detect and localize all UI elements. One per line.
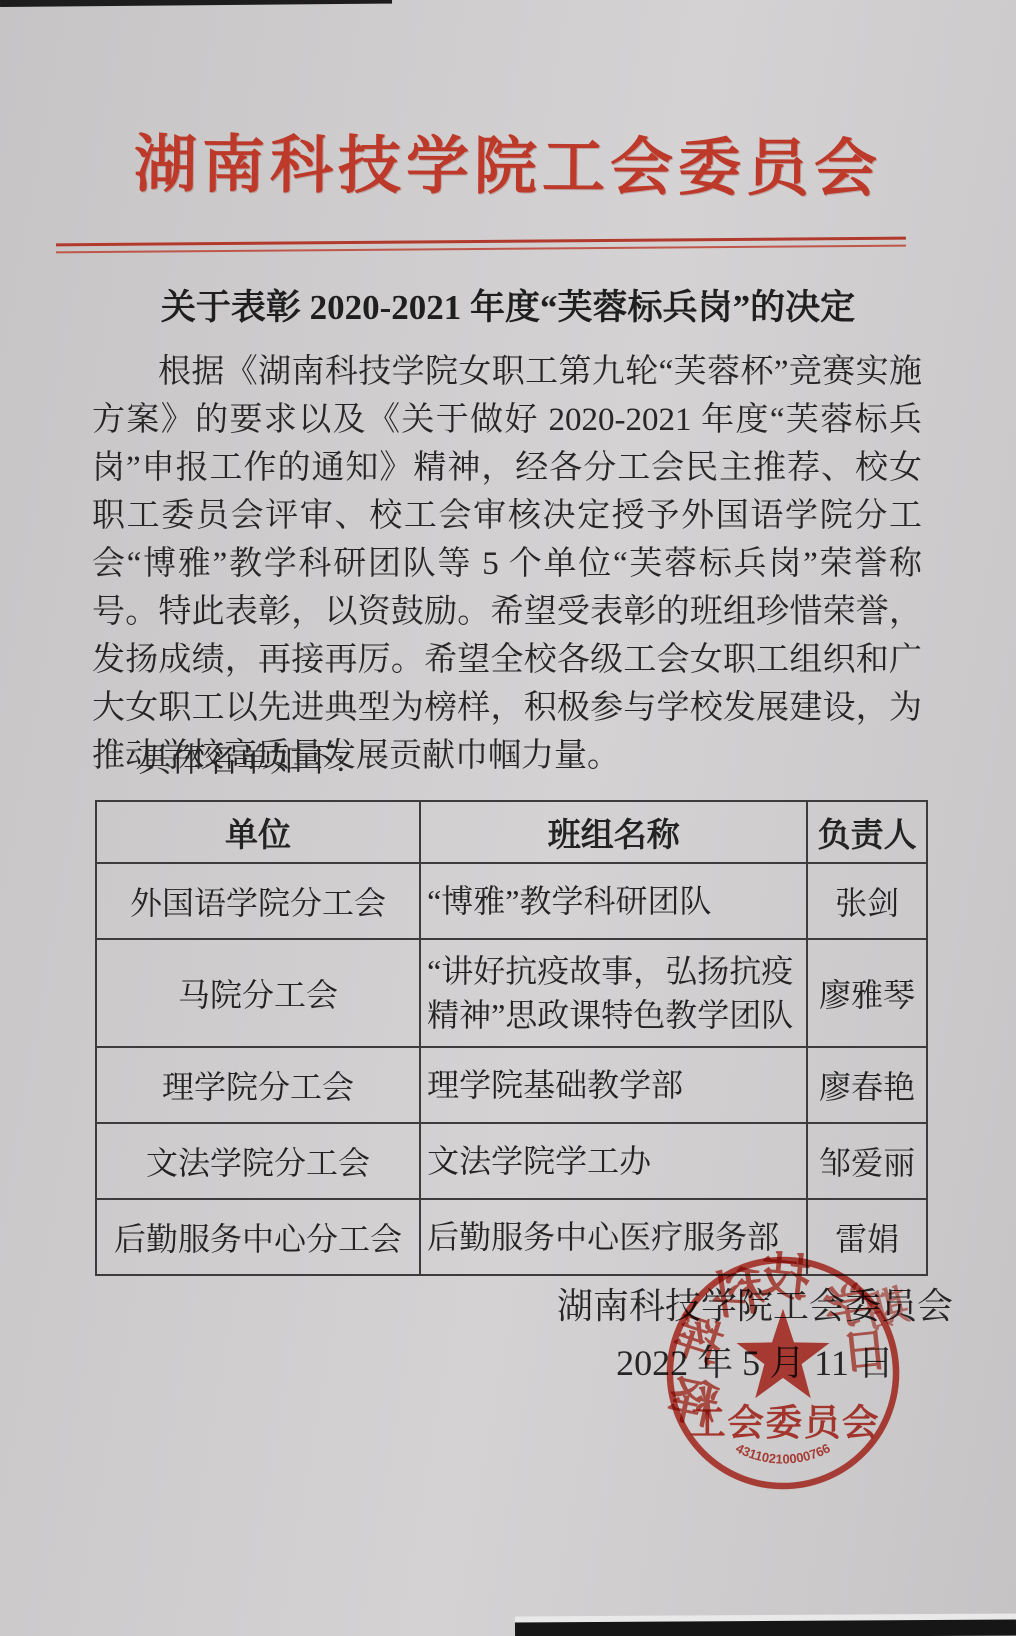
stamp-bleedthrough-char: 释 — [663, 1373, 722, 1432]
header-unit: 单位 — [96, 801, 420, 863]
cell-leader: 邹爱丽 — [807, 1123, 927, 1199]
list-intro: 具体名单如下: — [92, 734, 922, 781]
cell-team: 理学院基础教学部 — [420, 1047, 807, 1123]
table-row: 外国语学院分工会 “博雅”教学科研团队 张剑 — [96, 863, 927, 939]
table-row: 理学院分工会 理学院基础教学部 廖春艳 — [96, 1047, 927, 1123]
stamp-bottom-text: 工会委员会 — [689, 1402, 880, 1443]
cell-team: “博雅”教学科研团队 — [420, 863, 807, 939]
document-title: 关于表彰 2020-2021 年度“芙蓉标兵岗”的决定 — [0, 280, 1016, 330]
photo-edge-top — [0, 0, 392, 7]
cell-unit: 后勤服务中心分工会 — [96, 1199, 420, 1275]
header-leader: 负责人 — [807, 801, 927, 863]
org-header-title: 湖南科技学院工会委员会 — [0, 113, 1016, 210]
stamp-serial-number: 43110210000766 — [733, 1440, 832, 1466]
cell-leader: 张剑 — [807, 863, 927, 939]
cell-unit: 外国语学院分工会 — [96, 863, 420, 939]
cell-unit: 马院分工会 — [96, 939, 420, 1047]
stamp-star-icon — [736, 1309, 829, 1398]
photo-edge-bottom — [515, 1619, 1016, 1636]
cell-unit: 理学院分工会 — [96, 1047, 420, 1123]
award-table: 单位 班组名称 负责人 外国语学院分工会 “博雅”教学科研团队 张剑 马院分工会… — [95, 800, 928, 1276]
cell-team: 文法学院学工办 — [420, 1123, 807, 1199]
table-header-row: 单位 班组名称 负责人 — [96, 801, 927, 863]
red-divider-rule — [56, 237, 906, 254]
document-page: 湖南科技学院工会委员会 关于表彰 2020-2021 年度“芙蓉标兵岗”的决定 … — [0, 0, 1016, 1636]
body-paragraph: 根据《湖南科技学院女职工第九轮“芙蓉杯”竞赛实施方案》的要求以及《关于做好 20… — [92, 348, 922, 780]
header-team-name: 班组名称 — [420, 801, 807, 863]
stamp-bleedthrough-char: 技 — [758, 1250, 813, 1305]
cell-team: “讲好抗疫故事，弘扬抗疫精神”思政课特色教学团队 — [420, 939, 807, 1047]
table-row: 文法学院分工会 文法学院学工办 邹爱丽 — [96, 1123, 927, 1199]
cell-unit: 文法学院分工会 — [96, 1123, 420, 1199]
cell-leader: 廖雅琴 — [807, 939, 927, 1047]
svg-text:43110210000766: 43110210000766 — [733, 1440, 832, 1466]
cell-leader: 廖春艳 — [807, 1047, 927, 1123]
table-row: 马院分工会 “讲好抗疫故事，弘扬抗疫精神”思政课特色教学团队 廖雅琴 — [96, 939, 927, 1047]
